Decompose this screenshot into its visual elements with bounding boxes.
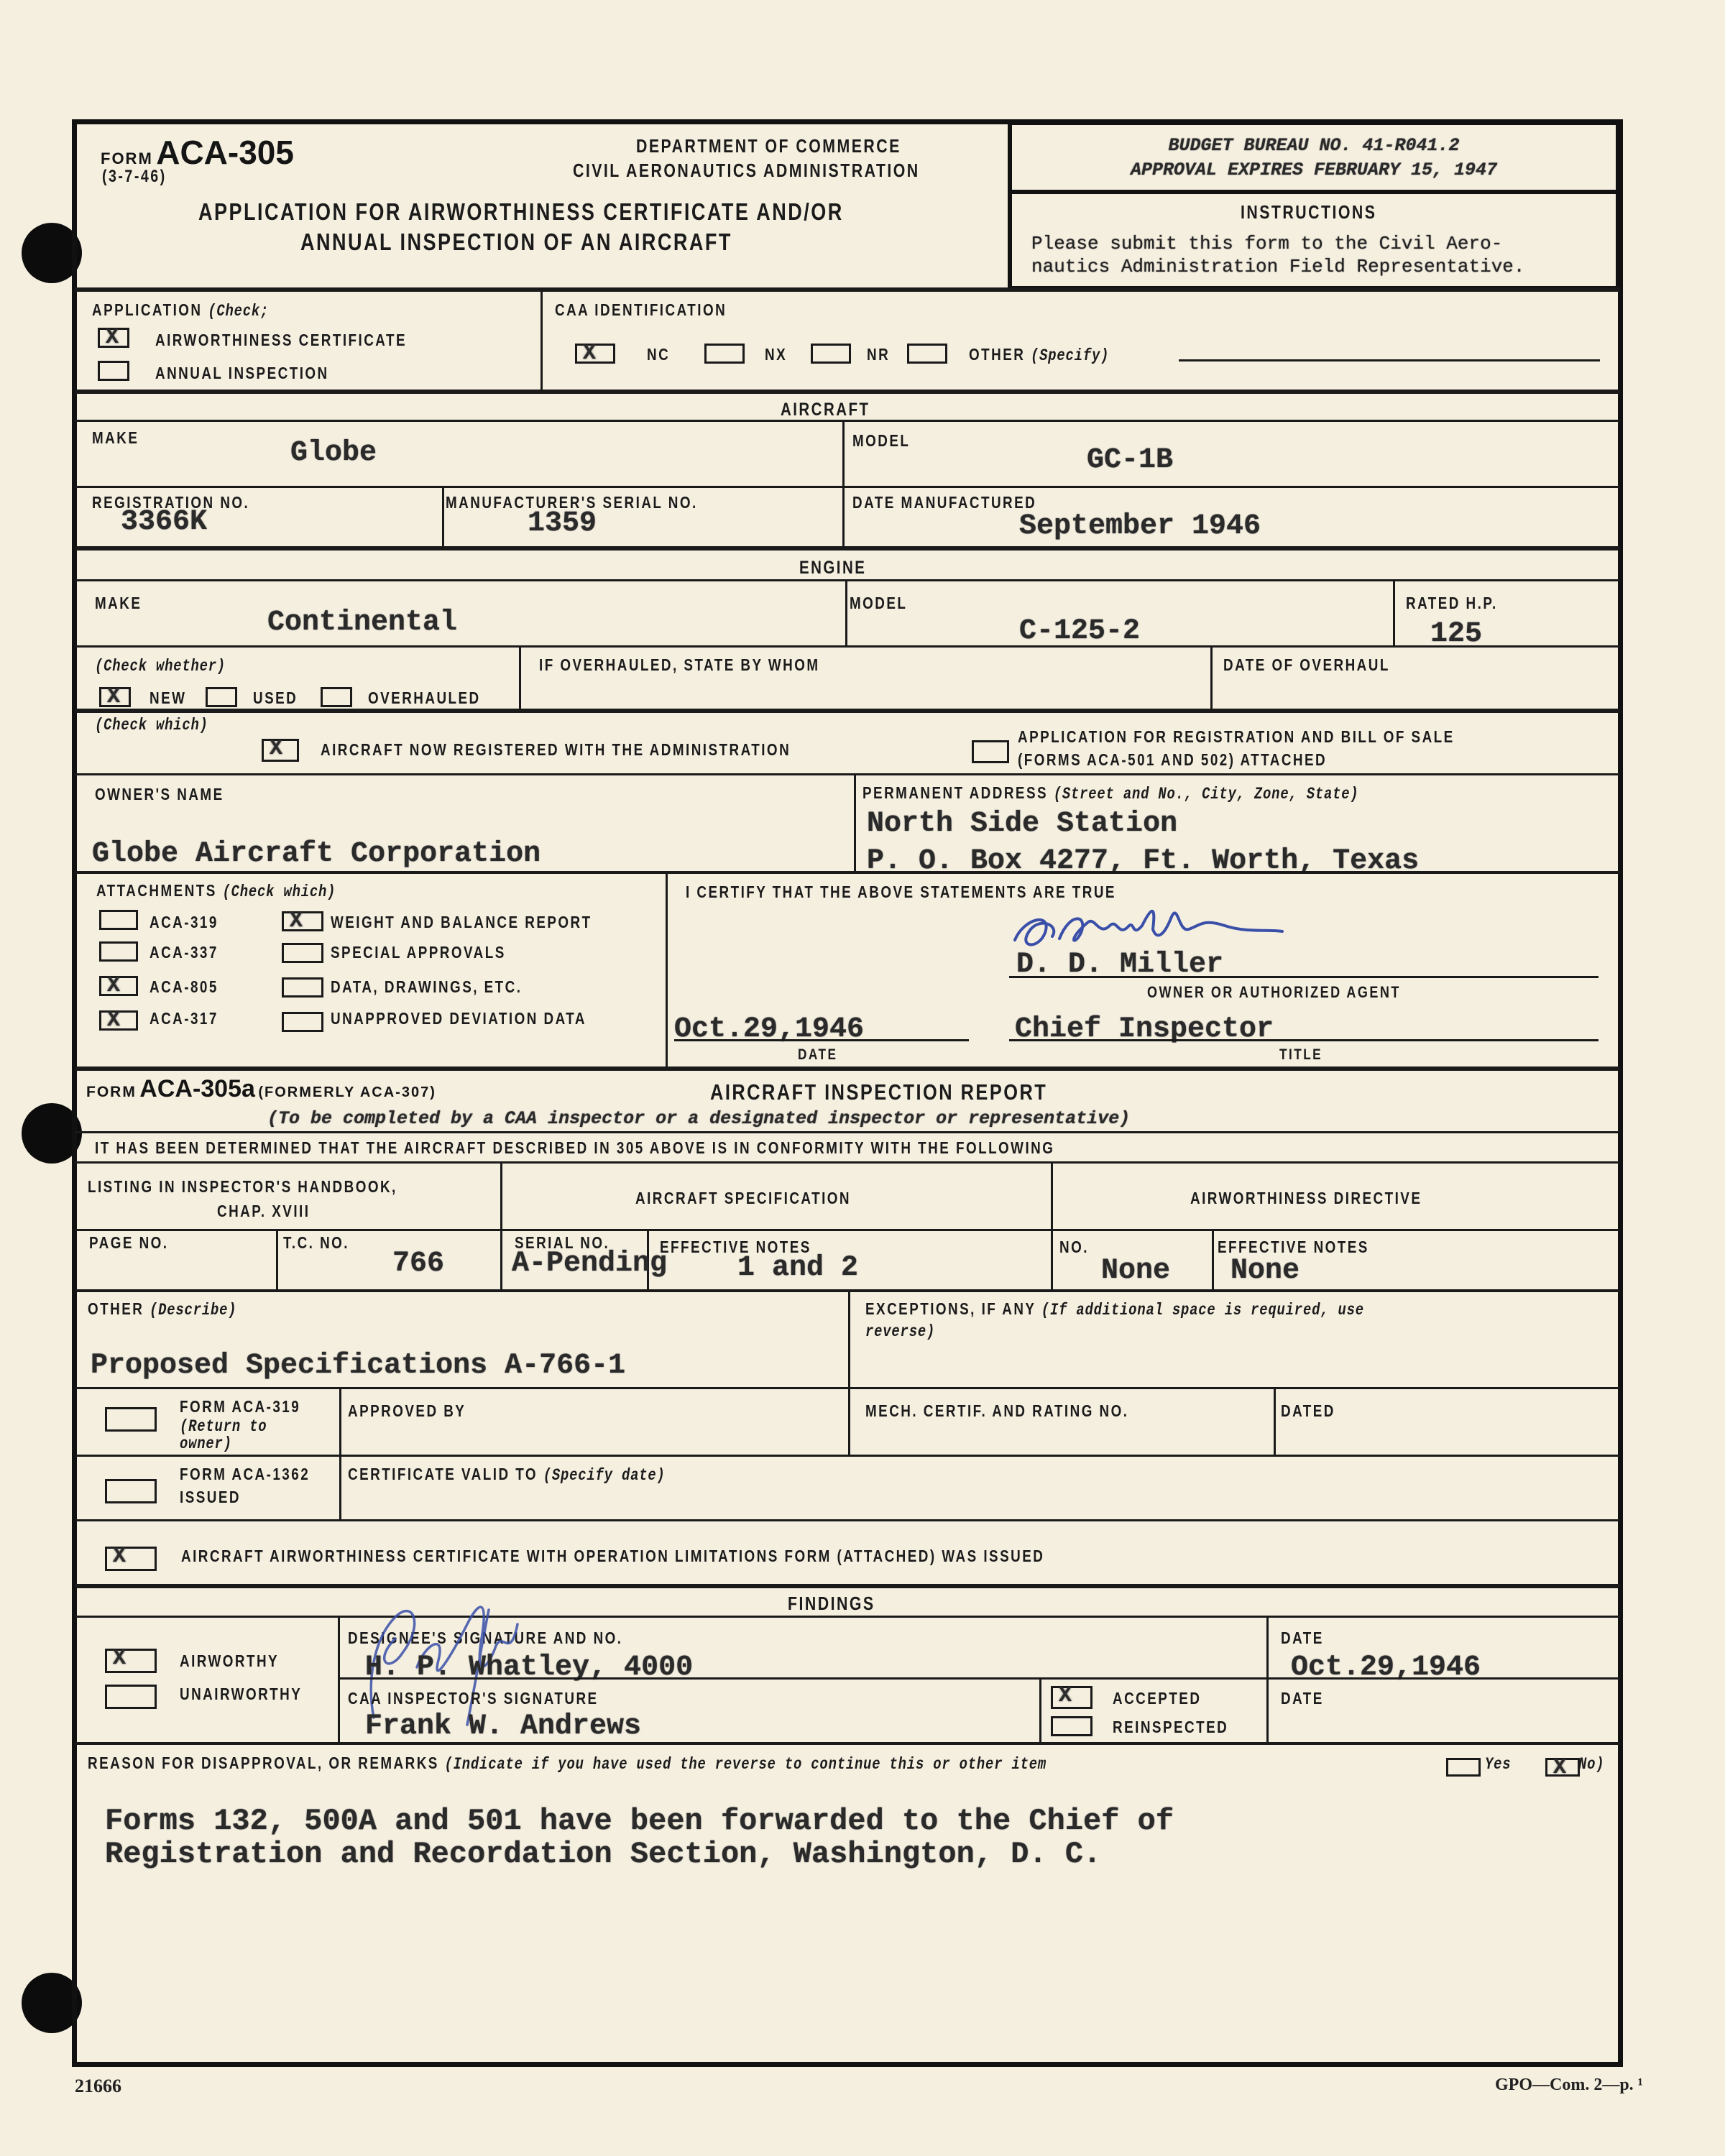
- aircraft-section-title: AIRCRAFT: [781, 400, 870, 420]
- form-aca-319-checkbox[interactable]: [105, 1407, 157, 1432]
- divider: [75, 1742, 1620, 1745]
- divider: [75, 287, 1620, 292]
- attachment-aca-319-checkbox[interactable]: [99, 910, 138, 930]
- signer-line: [1009, 976, 1598, 978]
- remarks-yes-label: Yes: [1485, 1754, 1511, 1774]
- divider: [75, 1387, 1620, 1389]
- weight-balance-checkbox[interactable]: [282, 911, 323, 931]
- budget-box: [1008, 121, 1620, 194]
- address-line1[interactable]: North Side Station: [867, 808, 1177, 840]
- divider: [338, 1617, 340, 1742]
- nc-checkbox[interactable]: [575, 344, 615, 364]
- attachments-label: ATTACHMENTS (Check which): [96, 881, 336, 901]
- inspection-report-subtitle: (To be completed by a CAA inspector or a…: [267, 1108, 1130, 1129]
- divider: [75, 579, 1620, 581]
- form-number: ACA-305: [156, 134, 294, 171]
- unairworthy-checkbox[interactable]: [105, 1685, 157, 1709]
- registration-application-label-line2: (FORMS ACA-501 AND 502) ATTACHED: [1018, 750, 1327, 770]
- engine-overhauled-checkbox[interactable]: [321, 687, 352, 707]
- aircraft-model-label: MODEL: [852, 431, 910, 451]
- divider: [540, 290, 543, 391]
- data-drawings-label: DATA, DRAWINGS, ETC.: [331, 977, 522, 997]
- data-drawings-checkbox[interactable]: [282, 977, 323, 998]
- tc-no-value[interactable]: 766: [392, 1248, 444, 1280]
- aircraft-make-value[interactable]: Globe: [290, 437, 377, 469]
- registration-application-checkbox[interactable]: [972, 740, 1009, 763]
- overhauled-by-label: IF OVERHAULED, STATE BY WHOM: [539, 655, 820, 675]
- form-title-line2: ANNUAL INSPECTION OF AN AIRCRAFT: [300, 229, 732, 256]
- date-manufactured-value[interactable]: September 1946: [1019, 510, 1261, 543]
- engine-check-label: (Check whether): [95, 655, 226, 676]
- title-caption: TITLE: [1279, 1046, 1322, 1064]
- divider: [276, 1230, 278, 1290]
- instructions-text-line1: Please submit this form to the Civil Aer…: [1031, 233, 1502, 254]
- divider: [75, 1131, 1620, 1133]
- divider: [848, 1291, 850, 1388]
- exceptions-hint-line2: reverse): [865, 1321, 935, 1341]
- date-manufactured-label: DATE MANUFACTURED: [852, 493, 1036, 512]
- certificate-valid-to-label: CERTIFICATE VALID TO (Specify date): [348, 1465, 666, 1485]
- accepted-checkbox[interactable]: [1051, 1686, 1092, 1709]
- engine-overhauled-label: OVERHAULED: [368, 688, 481, 708]
- form-aca-319-label-line3: owner): [180, 1433, 232, 1453]
- attachment-aca-337-checkbox[interactable]: [99, 941, 138, 962]
- agency-name: CIVIL AERONAUTICS ADMINISTRATION: [573, 160, 920, 182]
- findings-title: FINDINGS: [788, 1593, 875, 1615]
- rated-hp-label: RATED H.P.: [1406, 594, 1498, 613]
- form-word: FORM: [101, 149, 153, 167]
- other-describe-label: OTHER (Describe): [88, 1299, 236, 1319]
- signer-caption: OWNER OR AUTHORIZED AGENT: [1147, 983, 1401, 1002]
- other-checkbox[interactable]: [907, 344, 947, 364]
- conformity-statement: IT HAS BEEN DETERMINED THAT THE AIRCRAFT…: [95, 1138, 1054, 1158]
- divider: [75, 1289, 1620, 1292]
- form-aca-1362-checkbox[interactable]: [105, 1479, 157, 1503]
- aircraft-registered-label: AIRCRAFT NOW REGISTERED WITH THE ADMINIS…: [321, 740, 791, 760]
- other-describe-value[interactable]: Proposed Specifications A-766-1: [91, 1350, 625, 1382]
- nr-label: NR: [867, 345, 890, 364]
- nx-checkbox[interactable]: [704, 344, 745, 364]
- divider: [1210, 646, 1213, 711]
- engine-new-label: NEW: [149, 688, 186, 708]
- divider: [1039, 1679, 1041, 1742]
- divider: [75, 1616, 1620, 1618]
- attachment-aca-337-label: ACA-337: [149, 943, 218, 962]
- remarks-label: REASON FOR DISAPPROVAL, OR REMARKS (Indi…: [88, 1754, 1046, 1774]
- divider: [338, 1677, 1620, 1680]
- special-approvals-checkbox[interactable]: [282, 943, 323, 963]
- aircraft-make-label: MAKE: [92, 428, 139, 448]
- ad-no-label: NO.: [1059, 1238, 1089, 1257]
- inspection-form-id: FORM ACA-305a (FORMERLY ACA-307): [86, 1075, 436, 1103]
- weight-balance-label: WEIGHT AND BALANCE REPORT: [331, 913, 592, 932]
- divider: [1051, 1162, 1053, 1290]
- unapproved-deviation-label: UNAPPROVED DEVIATION DATA: [331, 1009, 586, 1028]
- nx-label: NX: [765, 345, 787, 364]
- overhaul-date-label: DATE OF OVERHAUL: [1223, 655, 1390, 675]
- attachment-aca-319-label: ACA-319: [149, 913, 218, 932]
- engine-make-value[interactable]: Continental: [267, 607, 457, 639]
- aircraft-model-value[interactable]: GC-1B: [1087, 444, 1173, 476]
- nc-label: NC: [647, 345, 670, 364]
- divider: [75, 1067, 1620, 1071]
- form-aca-1362-label-line2: ISSUED: [180, 1488, 241, 1507]
- instructions-text-line2: nautics Administration Field Representat…: [1031, 256, 1525, 277]
- certificate-issued-checkbox[interactable]: [105, 1547, 157, 1571]
- exceptions-label: EXCEPTIONS, IF ANY (If additional space …: [865, 1299, 1364, 1319]
- mech-certif-label: MECH. CERTIF. AND RATING NO.: [865, 1401, 1128, 1421]
- serial-no-value[interactable]: A-Pending: [512, 1248, 667, 1280]
- engine-model-label: MODEL: [850, 594, 907, 613]
- ad-no-value[interactable]: None: [1101, 1255, 1170, 1287]
- airworthiness-directive-label: AIRWORTHINESS DIRECTIVE: [1190, 1189, 1422, 1208]
- approval-expires: APPROVAL EXPIRES FEBRUARY 15, 1947: [1008, 160, 1620, 180]
- divider: [854, 775, 856, 874]
- owner-name-value[interactable]: Globe Aircraft Corporation: [92, 838, 540, 870]
- divider: [1212, 1230, 1214, 1290]
- registration-application-label-line1: APPLICATION FOR REGISTRATION AND BILL OF…: [1018, 727, 1455, 747]
- remarks-no-label: No): [1578, 1754, 1604, 1774]
- certificate-issued-label: AIRCRAFT AIRWORTHINESS CERTIFICATE WITH …: [181, 1547, 1044, 1566]
- date-line: [674, 1039, 969, 1041]
- title-line: [1009, 1039, 1598, 1041]
- divider: [1266, 1617, 1269, 1742]
- engine-model-value[interactable]: C-125-2: [1019, 615, 1140, 648]
- attachment-aca-805-label: ACA-805: [149, 977, 218, 997]
- divider: [500, 1162, 502, 1290]
- annual-inspection-checkbox[interactable]: [98, 361, 129, 381]
- listing-label-line1: LISTING IN INSPECTOR'S HANDBOOK,: [88, 1177, 397, 1197]
- approved-by-label: APPROVED BY: [348, 1401, 466, 1421]
- divider: [75, 486, 1620, 488]
- footer-printer-code: GPO—Com. 2—p. ¹: [1495, 2076, 1643, 2095]
- listing-label-line2: CHAP. XVIII: [217, 1202, 310, 1221]
- footer-form-code: 21666: [75, 2076, 121, 2097]
- divider: [75, 1161, 1620, 1164]
- divider: [75, 546, 1620, 550]
- divider: [75, 1584, 1620, 1588]
- unapproved-deviation-checkbox[interactable]: [282, 1012, 323, 1032]
- divider: [842, 420, 845, 548]
- engine-make-label: MAKE: [95, 594, 142, 613]
- divider: [75, 709, 1620, 713]
- form-title-line1: APPLICATION FOR AIRWORTHINESS CERTIFICAT…: [198, 198, 844, 226]
- engine-used-checkbox[interactable]: [206, 687, 237, 707]
- airworthiness-certificate-label: AIRWORTHINESS CERTIFICATE: [155, 331, 407, 350]
- divider: [75, 645, 1620, 648]
- remarks-line1[interactable]: Forms 132, 500A and 501 have been forwar…: [105, 1804, 1174, 1838]
- divider: [442, 487, 444, 548]
- accepted-label: ACCEPTED: [1113, 1689, 1201, 1708]
- divider: [848, 1388, 850, 1455]
- divider: [75, 420, 1620, 422]
- dated-label: DATED: [1281, 1401, 1335, 1421]
- divider: [75, 773, 1620, 775]
- remarks-yes-checkbox[interactable]: [1446, 1758, 1481, 1777]
- registration-number-value[interactable]: 3366K: [121, 506, 207, 538]
- application-label: APPLICATION (Check;: [92, 300, 269, 321]
- divider: [845, 580, 847, 648]
- date-caption: DATE: [798, 1046, 837, 1064]
- caa-identification-label: CAA IDENTIFICATION: [555, 300, 727, 320]
- unairworthy-label: UNAIRWORTHY: [180, 1685, 302, 1704]
- accepted-date-label: DATE: [1281, 1689, 1324, 1708]
- budget-bureau-number: BUDGET BUREAU NO. 41-R041.2: [1008, 135, 1620, 156]
- aircraft-registered-checkbox[interactable]: [262, 739, 299, 762]
- divider: [75, 1519, 1620, 1521]
- owner-name-label: OWNER'S NAME: [95, 785, 224, 804]
- divider: [1393, 580, 1395, 648]
- annual-inspection-label: ANNUAL INSPECTION: [155, 364, 329, 383]
- nr-checkbox[interactable]: [811, 344, 851, 364]
- divider: [75, 871, 1620, 874]
- remarks-no-checkbox[interactable]: [1545, 1758, 1580, 1777]
- permanent-address-label: PERMANENT ADDRESS (Street and No., City,…: [862, 783, 1359, 803]
- engine-used-label: USED: [253, 688, 298, 708]
- engine-new-checkbox[interactable]: [99, 687, 131, 707]
- aircraft-specification-label: AIRCRAFT SPECIFICATION: [635, 1189, 851, 1208]
- tc-no-label: T.C. NO.: [283, 1233, 349, 1253]
- form-revision-date: (3-7-46): [102, 167, 167, 187]
- owner-handwritten-signature: [1009, 897, 1354, 954]
- divider: [75, 390, 1620, 394]
- instructions-title: INSTRUCTIONS: [1241, 201, 1376, 224]
- manufacturer-serial-value[interactable]: 1359: [528, 507, 597, 540]
- divider: [519, 646, 521, 711]
- airworthy-checkbox[interactable]: [105, 1649, 157, 1673]
- remarks-line2[interactable]: Registration and Recordation Section, Wa…: [105, 1837, 1101, 1871]
- caa-inspector-signature-label: CAA INSPECTOR'S SIGNATURE: [348, 1689, 599, 1708]
- special-approvals-label: SPECIAL APPROVALS: [331, 943, 506, 962]
- attachment-aca-805-checkbox[interactable]: [99, 976, 138, 996]
- reinspected-label: REINSPECTED: [1113, 1718, 1228, 1737]
- engine-section-title: ENGINE: [799, 558, 866, 579]
- form-aca-319-label-line1: FORM ACA-319: [180, 1397, 300, 1416]
- form-id-block: FORM ACA-305: [101, 133, 294, 172]
- caa-inspector-name[interactable]: Frank W. Andrews: [365, 1710, 641, 1743]
- other-specify-field[interactable]: [1179, 359, 1600, 361]
- ad-effective-notes-value[interactable]: None: [1230, 1255, 1299, 1287]
- divider: [1274, 1388, 1276, 1455]
- airworthy-label: AIRWORTHY: [180, 1651, 279, 1671]
- other-label: OTHER (Specify): [969, 345, 1109, 365]
- form-aca-1362-label-line1: FORM ACA-1362: [180, 1465, 310, 1484]
- department-name: DEPARTMENT OF COMMERCE: [636, 135, 901, 157]
- divider: [75, 1229, 1620, 1231]
- registration-check-label: (Check which): [95, 714, 208, 734]
- divider: [666, 872, 668, 1068]
- divider: [75, 1455, 1620, 1457]
- spec-effective-notes-value[interactable]: 1 and 2: [737, 1252, 858, 1284]
- findings-date-label: DATE: [1281, 1628, 1324, 1648]
- attachment-aca-317-label: ACA-317: [149, 1009, 218, 1028]
- reinspected-checkbox[interactable]: [1051, 1716, 1092, 1736]
- ad-effective-notes-label: EFFECTIVE NOTES: [1218, 1238, 1369, 1257]
- attachment-aca-317-checkbox[interactable]: [99, 1010, 138, 1031]
- page-no-label: PAGE NO.: [89, 1233, 169, 1253]
- airworthiness-certificate-checkbox[interactable]: [98, 328, 129, 348]
- inspection-report-title: AIRCRAFT INSPECTION REPORT: [710, 1079, 1047, 1105]
